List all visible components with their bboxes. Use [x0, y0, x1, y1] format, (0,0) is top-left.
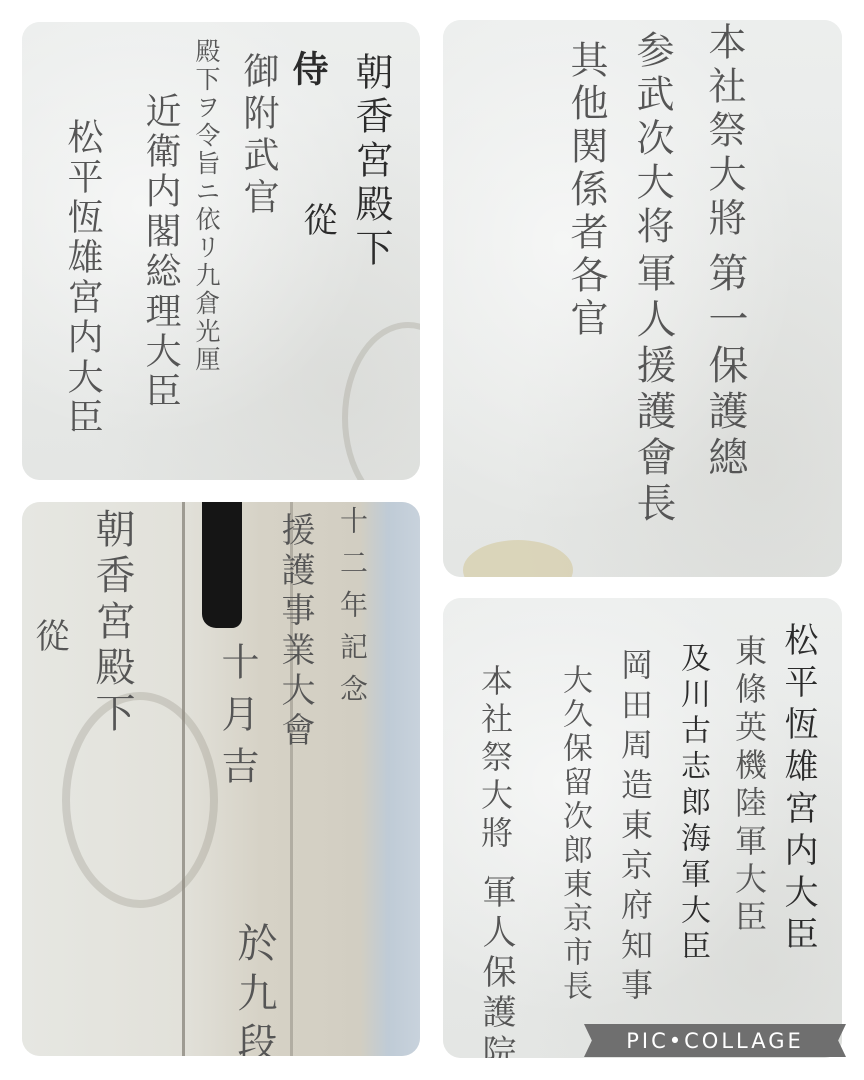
- photo-panel-bottom-left: 朝香宮殿下 從 十月吉 援護事業大會 十二年記念 於九段: [22, 502, 420, 1056]
- text-column: 松平恆雄宮内大臣: [64, 118, 100, 438]
- pic-collage-watermark: PIC•COLLAGE: [584, 1024, 846, 1057]
- text-column: 從: [32, 618, 66, 658]
- text-column: 東條英機陸軍大臣: [733, 634, 765, 938]
- text-column: 御附武官: [240, 52, 276, 220]
- text-column: 参武次大将: [633, 30, 671, 250]
- photo-panel-bottom-right: 松平恆雄宮内大臣 東條英機陸軍大臣 及川古志郎海軍大臣 岡田周造東京府知事 大久…: [443, 598, 842, 1058]
- text-column: 於九段: [234, 922, 274, 1056]
- text-column: 朝香宮殿下: [92, 508, 132, 738]
- text-column: 十二年記念: [338, 506, 366, 716]
- ink-redaction: [202, 502, 242, 628]
- text-column: 近衛内閣総理大臣: [142, 92, 178, 412]
- text-column: 殿下ヲ令旨ニ依リ九倉光厘: [194, 38, 219, 374]
- text-column: 軍人援護會長: [633, 252, 673, 528]
- text-column: 松平恆雄宮内大臣: [781, 622, 815, 958]
- text-column: 本社祭大將: [479, 664, 511, 854]
- photo-panel-top-left: 朝香宮殿下 侍 從 御附武官 殿下ヲ令旨ニ依リ九倉光厘 近衛内閣総理大臣 松平恆…: [22, 22, 420, 480]
- text-column: 朝香宮殿下: [352, 52, 390, 272]
- text-column: 本社祭大將: [705, 22, 743, 242]
- text-column: 侍: [290, 50, 326, 92]
- text-column: 十月吉: [218, 642, 256, 798]
- text-column: 從: [300, 202, 334, 242]
- text-column: 岡田周造東京府知事: [619, 648, 651, 1008]
- text-column: 第一保護總: [705, 252, 745, 482]
- text-column: 軍人保護院: [479, 874, 513, 1058]
- photo-panel-top-right: 本社祭大將 第一保護總 参武次大将 軍人援護會長 其他関係者各官: [443, 20, 842, 577]
- text-column: 大久保留次郎東京市長: [559, 664, 589, 1004]
- text-column: 及川古志郎海軍大臣: [677, 642, 707, 966]
- text-column: 其他関係者各官: [567, 40, 605, 341]
- text-column: 援護事業大會: [278, 512, 312, 752]
